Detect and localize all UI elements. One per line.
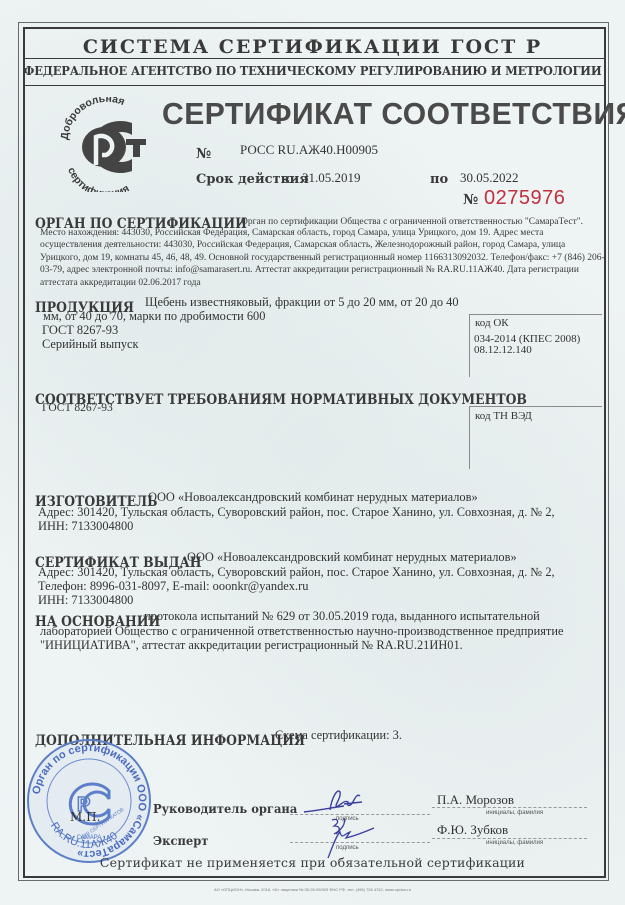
stamp-mp-label: М.П. [70, 810, 100, 824]
expert-label: Эксперт [153, 833, 208, 848]
serial-label: № [463, 192, 478, 208]
validity-to-date: 30.05.2022 [460, 170, 519, 186]
head-name: П.А. Морозов [437, 792, 514, 808]
manufacturer-name: ООО «Новоалександровский комбинат нерудн… [148, 491, 478, 505]
additional-info-text: Схема сертификации: 3. [275, 729, 402, 743]
validity-from-date: 31.05.2019 [302, 170, 361, 186]
issued-to-address: Адрес: 301420, Тульская область, Суворов… [38, 566, 555, 580]
head-of-body-label: Руководитель органа [153, 801, 297, 816]
number-label: № [196, 146, 211, 162]
seal-stamp-icon: Орган по сертификации ООО «СамараТест» R… [25, 737, 153, 865]
issued-to-name: ООО «Новоалександровский комбинат нерудн… [187, 551, 517, 565]
certificate-number: РОСС RU.АЖ40.Н00905 [240, 142, 378, 158]
agency-title: ФЕДЕРАЛЬНОЕ АГЕНТСТВО ПО ТЕХНИЧЕСКОМУ РЕ… [19, 64, 607, 78]
validity-to-label: по [430, 172, 448, 187]
basis-line-2: лабораторией Общество с ограниченной отв… [40, 625, 563, 639]
product-standard: ГОСТ 8267-93 [42, 324, 118, 338]
normative-document: ГОСТ 8267-93 [42, 402, 113, 416]
validity-from-label: с [285, 172, 293, 187]
product-line-2: мм, от 40 до 70, марки по дробимости 600 [43, 310, 265, 324]
certificate-title: СЕРТИФИКАТ СООТВЕТСТВИЯ [162, 96, 625, 132]
basis-line-3: "ИНИЦИАТИВА", аттестат аккредитации реги… [40, 639, 463, 653]
basis-line-1: протокола испытаний № 629 от 30.05.2019 … [144, 610, 540, 624]
manufacturer-address: Адрес: 301420, Тульская область, Суворов… [38, 506, 555, 520]
footer-note: Сертификат не применяется при обязательн… [0, 855, 625, 870]
head-name-caption: инициалы, фамилия [486, 810, 543, 816]
printer-imprint: АО «ОПЦИОН», Москва, 2018, «Б» лицензия … [0, 887, 625, 892]
tn-ved-code-box: код ТН ВЭД [469, 406, 602, 469]
ok-code-box: код ОК 034-2014 (КПЕС 2008) 08.12.12.140 [469, 314, 602, 377]
tn-ved-label: код ТН ВЭД [475, 410, 532, 422]
issued-to-contacts: Телефон: 8996-031-8097, E-mail: ooonkr@y… [38, 580, 308, 594]
product-release-type: Серийный выпуск [42, 338, 139, 352]
manufacturer-inn: ИНН: 7133004800 [38, 520, 133, 534]
rst-logo-icon: Добровольная сертификация [56, 97, 156, 192]
header-divider-bottom [23, 85, 604, 86]
serial-number: 0275976 [484, 187, 565, 210]
expert-name-line [432, 838, 587, 839]
ok-code-line-2: 08.12.12.140 [474, 345, 532, 357]
issued-to-inn: ИНН: 7133004800 [38, 594, 133, 608]
head-name-line [432, 807, 587, 808]
ok-code-label: код ОК [475, 317, 509, 329]
product-line-1: Щебень известняковый, фракции от 5 до 20… [145, 296, 459, 310]
system-title: СИСТЕМА СЕРТИФИКАЦИИ ГОСТ Р [0, 36, 625, 58]
expert-name: Ф.Ю. Зубков [437, 822, 508, 838]
expert-signature-icon [320, 814, 380, 860]
certification-body-details: Место нахождения: 443030, Российская Фед… [40, 227, 605, 289]
header-divider-top [23, 58, 604, 59]
expert-name-caption: инициалы, фамилия [486, 840, 543, 846]
